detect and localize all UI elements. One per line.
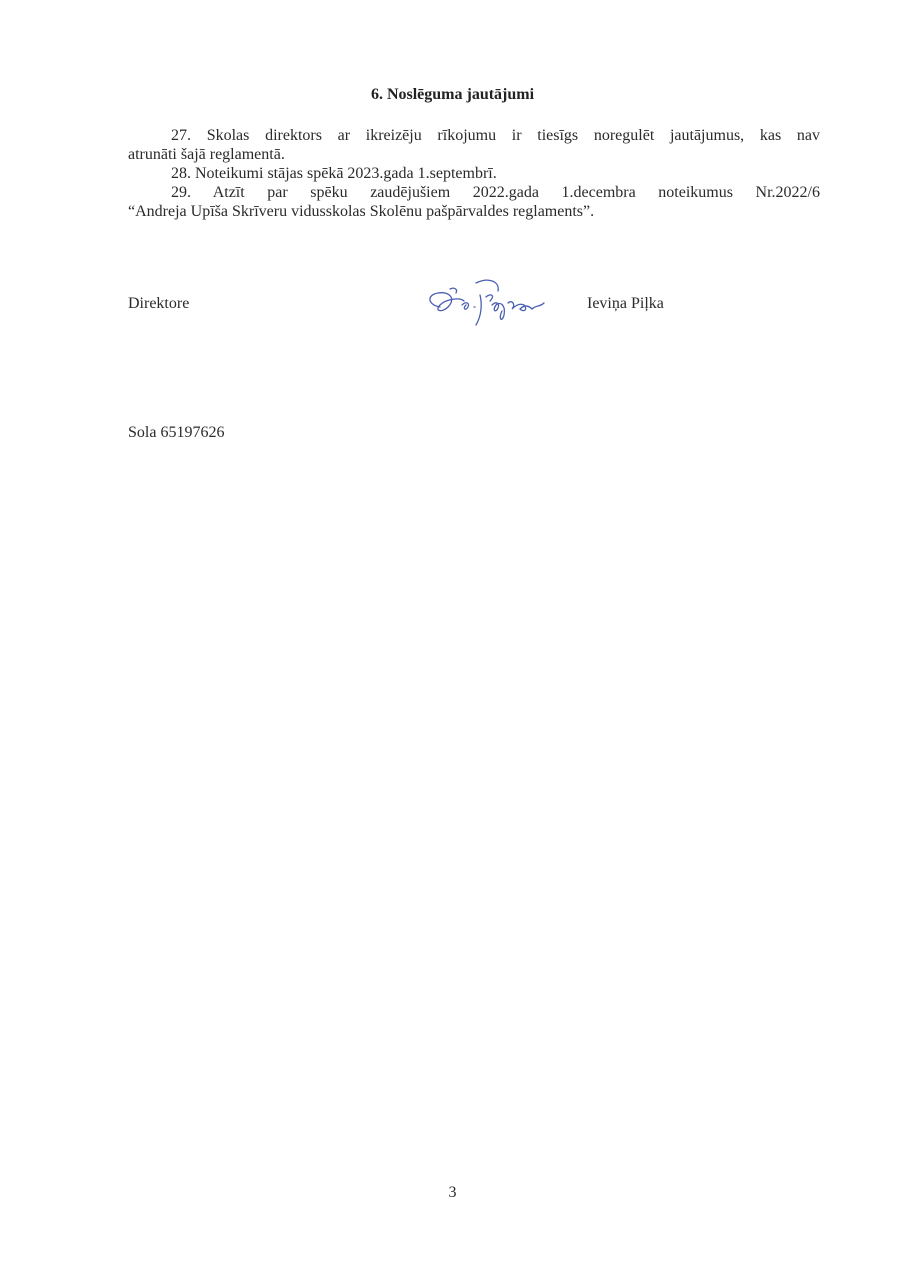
signature-block: Direktore Ieviņa Piļka <box>128 287 828 347</box>
signer-role: Direktore <box>128 295 189 313</box>
paragraph-27: 27. Skolas direktors ar ikreizēju rīkoju… <box>128 126 820 164</box>
paragraph-28: 28. Noteikumi stājas spēkā 2023.gada 1.s… <box>128 164 820 183</box>
paragraph-28-line-1: 28. Noteikumi stājas spēkā 2023.gada 1.s… <box>128 164 820 183</box>
paragraph-27-line-2: atrunāti šajā reglamentā. <box>128 145 820 164</box>
paragraph-29-line-1: 29. Atzīt par spēku zaudējušiem 2022.gad… <box>128 183 820 202</box>
contact-line: Sola 65197626 <box>128 424 224 442</box>
signer-name: Ieviņa Piļka <box>587 295 664 313</box>
paragraph-29: 29. Atzīt par spēku zaudējušiem 2022.gad… <box>128 183 820 221</box>
paragraph-27-line-1: 27. Skolas direktors ar ikreizēju rīkoju… <box>128 126 820 145</box>
signature-icon <box>420 275 560 335</box>
page-number: 3 <box>0 1184 905 1202</box>
document-page: 6. Noslēguma jautājumi 27. Skolas direkt… <box>0 0 905 1280</box>
section-heading: 6. Noslēguma jautājumi <box>0 86 905 104</box>
paragraph-29-line-2: “Andreja Upīša Skrīveru vidusskolas Skol… <box>128 202 820 221</box>
